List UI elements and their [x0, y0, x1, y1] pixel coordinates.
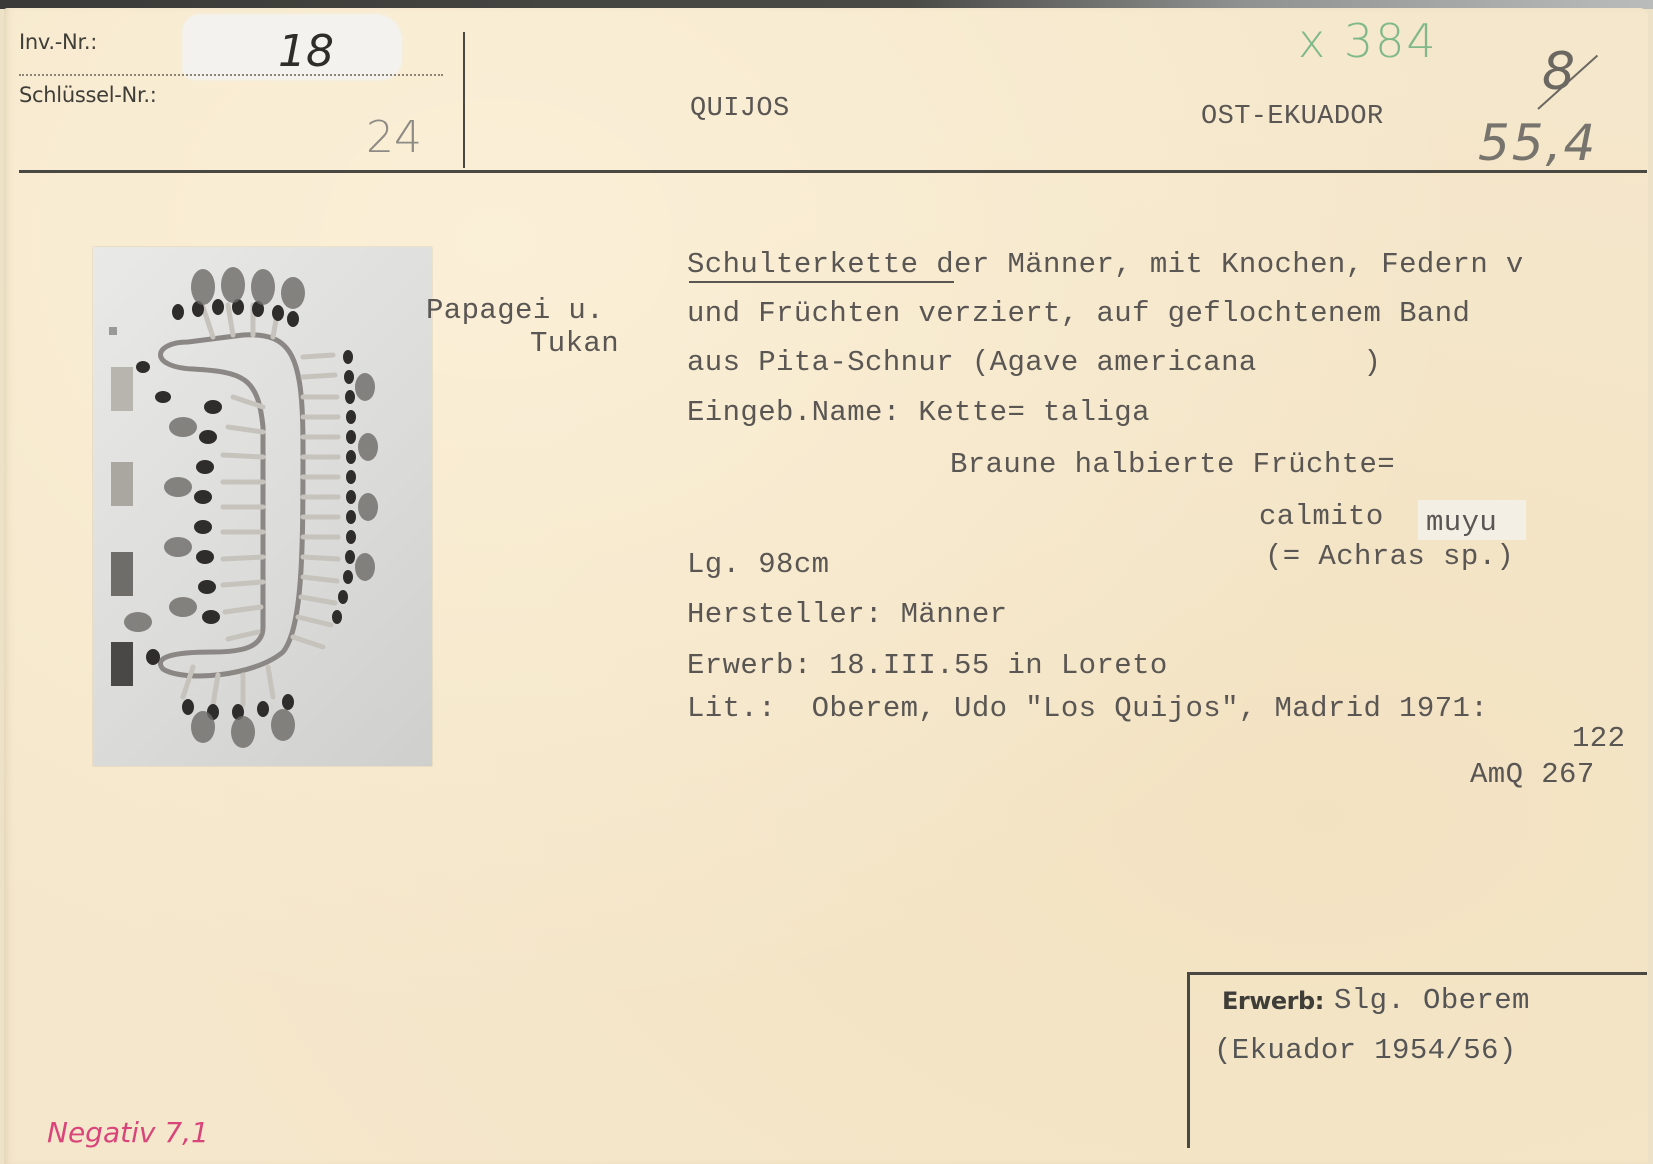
literature-reference: Lit.: Oberem, Udo "Los Quijos", Madrid 1…: [687, 692, 1488, 725]
photo-caption-line1: Papagei u.: [426, 294, 604, 327]
description-line1: Schulterkette der Männer, mit Knochen, F…: [687, 248, 1524, 281]
fruit-name-calmito: calmito: [1259, 500, 1384, 533]
photo-caption-line2: Tukan: [530, 327, 619, 360]
literature-page: 122: [1572, 722, 1625, 755]
region-name: OST-EKUADOR: [1201, 102, 1384, 132]
description-line3: aus Pita-Schnur (Agave americana ): [687, 346, 1381, 379]
necklace-illustration: [93, 247, 432, 766]
object-length: Lg. 98cm: [687, 548, 829, 581]
description-line1-rest: der Männer, mit Knochen, Federn v: [918, 248, 1523, 281]
amq-reference: AmQ 267: [1470, 758, 1595, 791]
schluessel-nr-label: Schlüssel-Nr.:: [19, 83, 157, 107]
inv-nr-label: Inv.-Nr.:: [19, 30, 97, 54]
object-maker: Hersteller: Männer: [687, 598, 1007, 631]
struck-number: 8: [1542, 42, 1575, 102]
title-underline: [689, 281, 954, 283]
schluessel-nr-value: 24: [366, 112, 422, 163]
tribe-name: QUIJOS: [690, 94, 790, 124]
header-rule: [19, 170, 1647, 173]
green-pencil-mark: x 384: [1298, 14, 1438, 68]
botanical-name: (= Achras sp.): [1265, 540, 1514, 573]
acquisition-box-label: Erwerb:: [1222, 987, 1324, 1015]
object-title: Schulterkette: [687, 248, 918, 281]
inv-nr-dotted-line: [19, 74, 443, 76]
classification-number: 55,4: [1478, 114, 1597, 172]
native-name: Eingeb.Name: Kette= taliga: [687, 396, 1150, 429]
object-photo: [93, 247, 432, 766]
header-divider: [463, 32, 465, 168]
object-acquisition: Erwerb: 18.III.55 in Loreto: [687, 649, 1168, 682]
acquisition-box-collection: Slg. Oberem: [1334, 984, 1530, 1017]
description-line2: und Früchten verziert, auf geflochtenem …: [687, 297, 1470, 330]
acquisition-box-left-rule: [1187, 972, 1190, 1148]
fruit-name-muyu: muyu: [1426, 506, 1497, 539]
inv-nr-value: 18: [278, 26, 334, 77]
acquisition-box-origin: (Ekuador 1954/56): [1214, 1034, 1517, 1067]
acquisition-box-top-rule: [1187, 972, 1647, 975]
fruit-description: Braune halbierte Früchte=: [950, 448, 1395, 481]
negative-note: Negativ 7,1: [47, 1116, 209, 1149]
